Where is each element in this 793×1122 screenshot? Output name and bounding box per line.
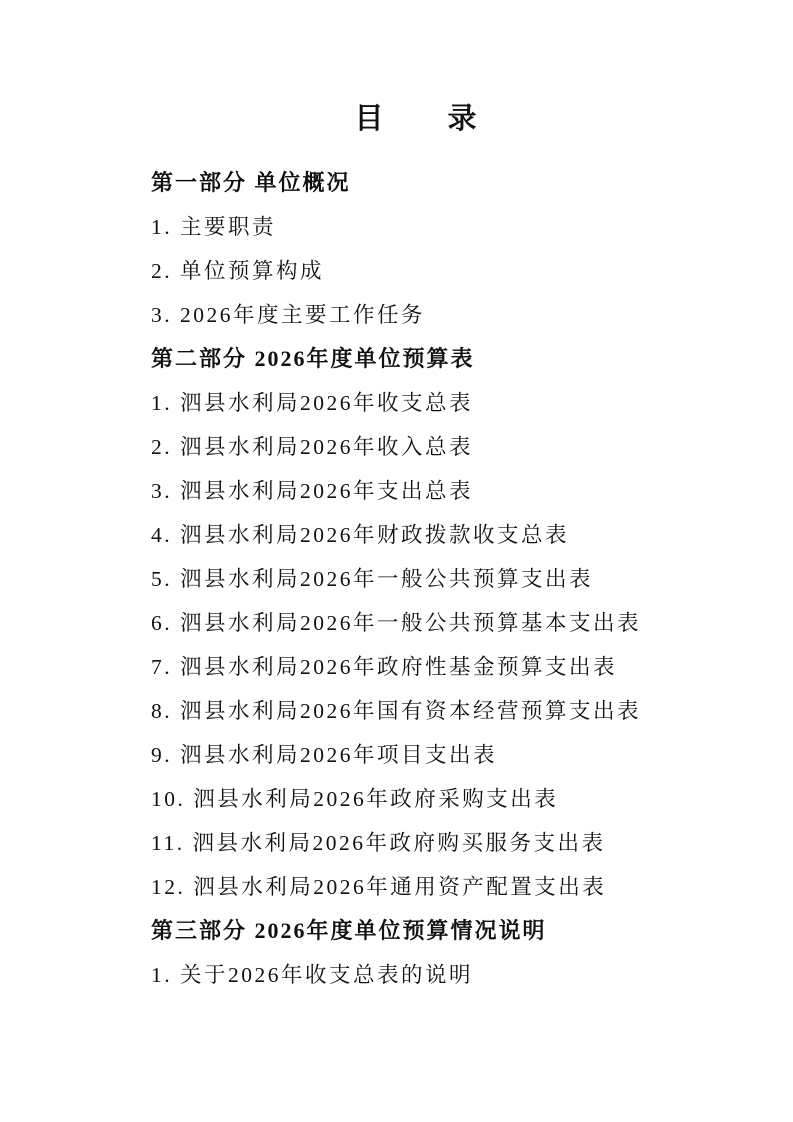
toc-entry: 1. 主要职责	[151, 205, 733, 249]
toc-entry: 2. 单位预算构成	[151, 249, 733, 293]
section-heading: 第一部分 单位概况	[151, 161, 733, 205]
toc-entry: 9. 泗县水利局2026年项目支出表	[151, 733, 733, 777]
toc-entry: 6. 泗县水利局2026年一般公共预算基本支出表	[151, 601, 733, 645]
toc-entry: 2. 泗县水利局2026年收入总表	[151, 425, 733, 469]
toc-entry: 8. 泗县水利局2026年国有资本经营预算支出表	[151, 689, 733, 733]
toc-entry: 3. 泗县水利局2026年支出总表	[151, 469, 733, 513]
section-heading: 第二部分 2026年度单位预算表	[151, 337, 733, 381]
toc-section-2: 第二部分 2026年度单位预算表 1. 泗县水利局2026年收支总表 2. 泗县…	[151, 337, 733, 909]
document-page: 目 录 第一部分 单位概况 1. 主要职责 2. 单位预算构成 3. 2026年…	[0, 0, 793, 1122]
toc-entry: 4. 泗县水利局2026年财政拨款收支总表	[151, 513, 733, 557]
toc-section-3: 第三部分 2026年度单位预算情况说明 1. 关于2026年收支总表的说明	[151, 909, 733, 997]
toc-entry: 3. 2026年度主要工作任务	[151, 293, 733, 337]
toc-entry: 11. 泗县水利局2026年政府购买服务支出表	[151, 821, 733, 865]
toc-entry: 10. 泗县水利局2026年政府采购支出表	[151, 777, 733, 821]
toc-entry: 5. 泗县水利局2026年一般公共预算支出表	[151, 557, 733, 601]
page-title: 目 录	[0, 0, 793, 139]
table-of-contents: 第一部分 单位概况 1. 主要职责 2. 单位预算构成 3. 2026年度主要工…	[0, 161, 793, 997]
section-heading: 第三部分 2026年度单位预算情况说明	[151, 909, 733, 953]
toc-entry: 1. 泗县水利局2026年收支总表	[151, 381, 733, 425]
toc-entry: 7. 泗县水利局2026年政府性基金预算支出表	[151, 645, 733, 689]
toc-section-1: 第一部分 单位概况 1. 主要职责 2. 单位预算构成 3. 2026年度主要工…	[151, 161, 733, 337]
toc-entry: 1. 关于2026年收支总表的说明	[151, 953, 733, 997]
toc-entry: 12. 泗县水利局2026年通用资产配置支出表	[151, 865, 733, 909]
